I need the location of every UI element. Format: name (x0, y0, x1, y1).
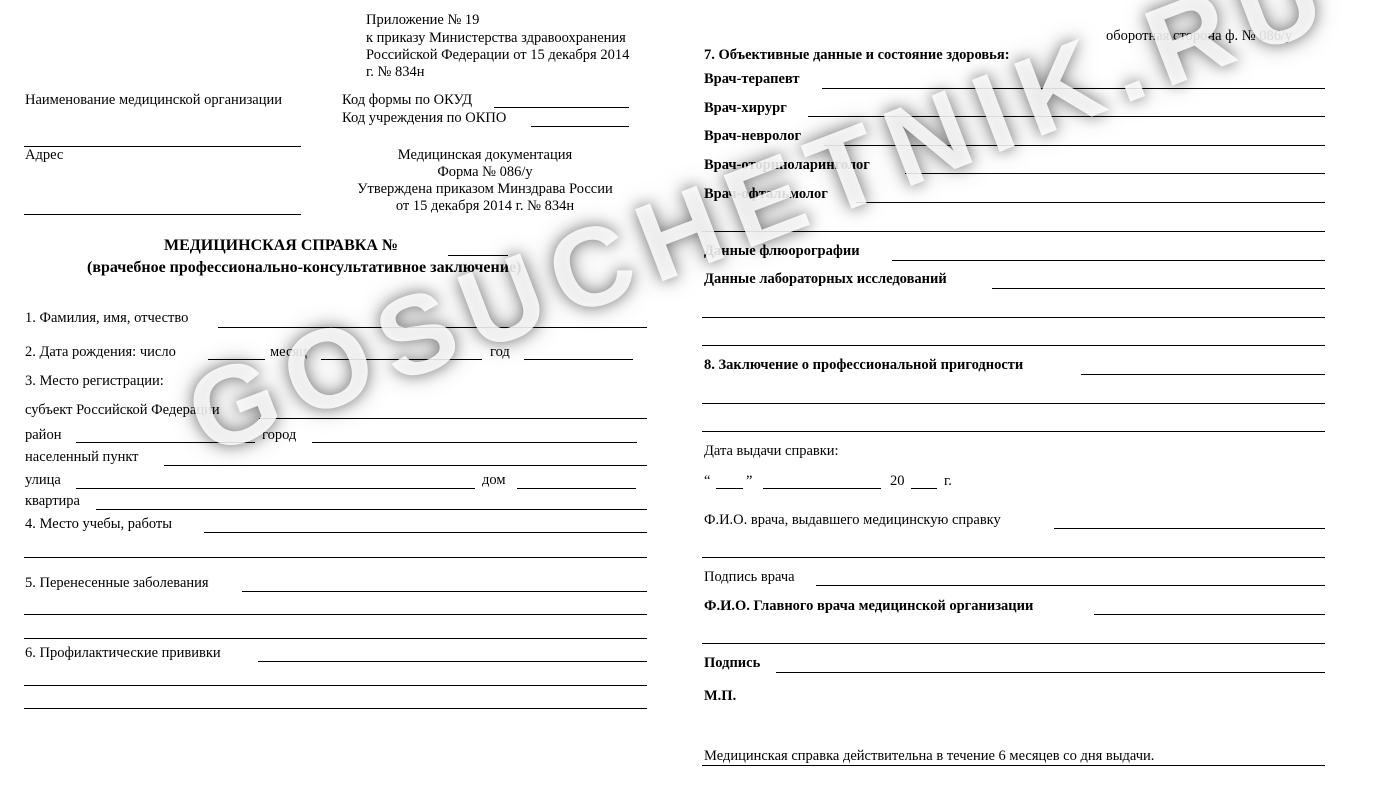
doc-info-line: от 15 декабря 2014 г. № 834н (330, 198, 640, 214)
study-work-field-extra[interactable] (24, 557, 647, 558)
appendix-line: Российской Федерации от 15 декабря 2014 (366, 47, 629, 63)
street-field[interactable] (76, 488, 475, 489)
year-suffix: г. (944, 473, 952, 489)
apartment-label: квартира (25, 493, 80, 509)
city-field[interactable] (312, 442, 637, 443)
issue-day-field[interactable] (716, 488, 743, 489)
address-field[interactable] (24, 214, 301, 215)
vaccinations-field-extra[interactable] (24, 685, 647, 686)
doc-info-line: Форма № 086/у (330, 164, 640, 180)
section7-heading: 7. Объективные данные и состояние здоров… (704, 47, 1010, 63)
doctor-name-label: Ф.И.О. врача, выдавшего медицинскую спра… (704, 512, 1001, 528)
fluorography-label: Данные флюорографии (704, 243, 860, 259)
appendix-line: г. № 834н (366, 64, 425, 80)
diseases-field-extra[interactable] (24, 638, 647, 639)
registration-label: 3. Место регистрации: (25, 373, 164, 389)
doctor-signature-label: Подпись врача (704, 569, 795, 585)
appendix-line: Приложение № 19 (366, 12, 479, 28)
street-label: улица (25, 472, 61, 488)
reverse-side-label: оборотная сторона ф. № 086/у (1106, 28, 1292, 44)
apartment-field[interactable] (96, 509, 647, 510)
therapist-label: Врач-терапевт (704, 71, 799, 87)
full-name-field[interactable] (218, 327, 647, 328)
quote-open: “ (704, 473, 710, 489)
issue-year-field[interactable] (911, 488, 937, 489)
birth-month-label: месяц (270, 344, 307, 360)
fitness-conclusion-field-extra[interactable] (702, 403, 1325, 404)
ent-field[interactable] (905, 173, 1325, 174)
chief-name-field[interactable] (1094, 614, 1325, 615)
study-work-label: 4. Место учебы, работы (25, 516, 172, 532)
validity-note: Медицинская справка действительна в тече… (704, 748, 1154, 764)
study-work-field[interactable] (204, 532, 647, 533)
diseases-label: 5. Перенесенные заболевания (25, 575, 209, 591)
subject-label: субъект Российской Федерации (25, 402, 220, 418)
lab-tests-field-extra[interactable] (702, 317, 1325, 318)
page-title: МЕДИЦИНСКАЯ СПРАВКА № (164, 238, 398, 254)
issue-date-label: Дата выдачи справки: (704, 443, 839, 459)
birth-year-label: год (490, 344, 510, 360)
quote-close: ” (746, 473, 752, 489)
lab-tests-field[interactable] (992, 288, 1325, 289)
stamp-label: М.П. (704, 688, 736, 704)
year-prefix: 20 (890, 473, 905, 489)
okud-label: Код формы по ОКУД (342, 92, 472, 108)
birth-year-field[interactable] (524, 359, 633, 360)
ophthalmologist-field[interactable] (856, 202, 1325, 203)
doctor-name-field-extra[interactable] (702, 557, 1325, 558)
vaccinations-field[interactable] (258, 661, 647, 662)
appendix-line: к приказу Министерства здравоохранения (366, 30, 626, 46)
vaccinations-label: 6. Профилактические прививки (25, 645, 221, 661)
health-extra-field[interactable] (702, 231, 1325, 232)
page-subtitle: (врачебное профессионально-консультативн… (87, 260, 521, 276)
surgeon-label: Врач-хирург (704, 100, 787, 116)
fluorography-field[interactable] (892, 260, 1325, 261)
full-name-label: 1. Фамилия, имя, отчество (25, 310, 188, 326)
doctor-signature-field[interactable] (816, 585, 1325, 586)
subject-field[interactable] (259, 418, 647, 419)
therapist-field[interactable] (822, 88, 1325, 89)
doctor-name-field[interactable] (1054, 528, 1325, 529)
address-label: Адрес (25, 147, 63, 163)
ophthalmologist-label: Врач-офтальмолог (704, 186, 828, 202)
section8-heading: 8. Заключение о профессиональной пригодн… (704, 357, 1023, 373)
fitness-conclusion-field[interactable] (1081, 374, 1325, 375)
org-name-label: Наименование медицинской организации (25, 92, 282, 108)
district-field[interactable] (76, 442, 255, 443)
locality-label: населенный пункт (25, 449, 139, 465)
validity-underline (702, 765, 1325, 766)
locality-field[interactable] (164, 465, 647, 466)
lab-tests-label: Данные лабораторных исследований (704, 271, 947, 287)
district-label: район (25, 427, 61, 443)
house-label: дом (482, 472, 506, 488)
signature-field[interactable] (776, 672, 1325, 673)
city-label: город (262, 427, 296, 443)
org-name-field[interactable] (24, 146, 301, 147)
surgeon-field[interactable] (808, 116, 1325, 117)
okpo-label: Код учреждения по ОКПО (342, 110, 506, 126)
house-field[interactable] (517, 488, 636, 489)
neurologist-field[interactable] (824, 145, 1325, 146)
signature-label: Подпись (704, 655, 760, 671)
diseases-field-extra[interactable] (24, 614, 647, 615)
vaccinations-field-extra[interactable] (24, 708, 647, 709)
doc-info-line: Утверждена приказом Минздрава России (330, 181, 640, 197)
birth-date-label: 2. Дата рождения: число (25, 344, 176, 360)
birth-day-field[interactable] (208, 359, 265, 360)
ent-label: Врач-оториноларинголог (704, 157, 870, 173)
chief-name-field-extra[interactable] (702, 643, 1325, 644)
fitness-conclusion-field-extra[interactable] (702, 431, 1325, 432)
certificate-number-field[interactable] (448, 255, 508, 256)
issue-month-field[interactable] (763, 488, 881, 489)
okpo-field[interactable] (531, 126, 629, 127)
doc-info-line: Медицинская документация (330, 147, 640, 163)
birth-month-field[interactable] (321, 359, 482, 360)
neurologist-label: Врач-невролог (704, 128, 801, 144)
chief-name-label: Ф.И.О. Главного врача медицинской органи… (704, 598, 1033, 614)
diseases-field[interactable] (242, 591, 647, 592)
okud-field[interactable] (494, 107, 629, 108)
lab-tests-field-extra[interactable] (702, 345, 1325, 346)
